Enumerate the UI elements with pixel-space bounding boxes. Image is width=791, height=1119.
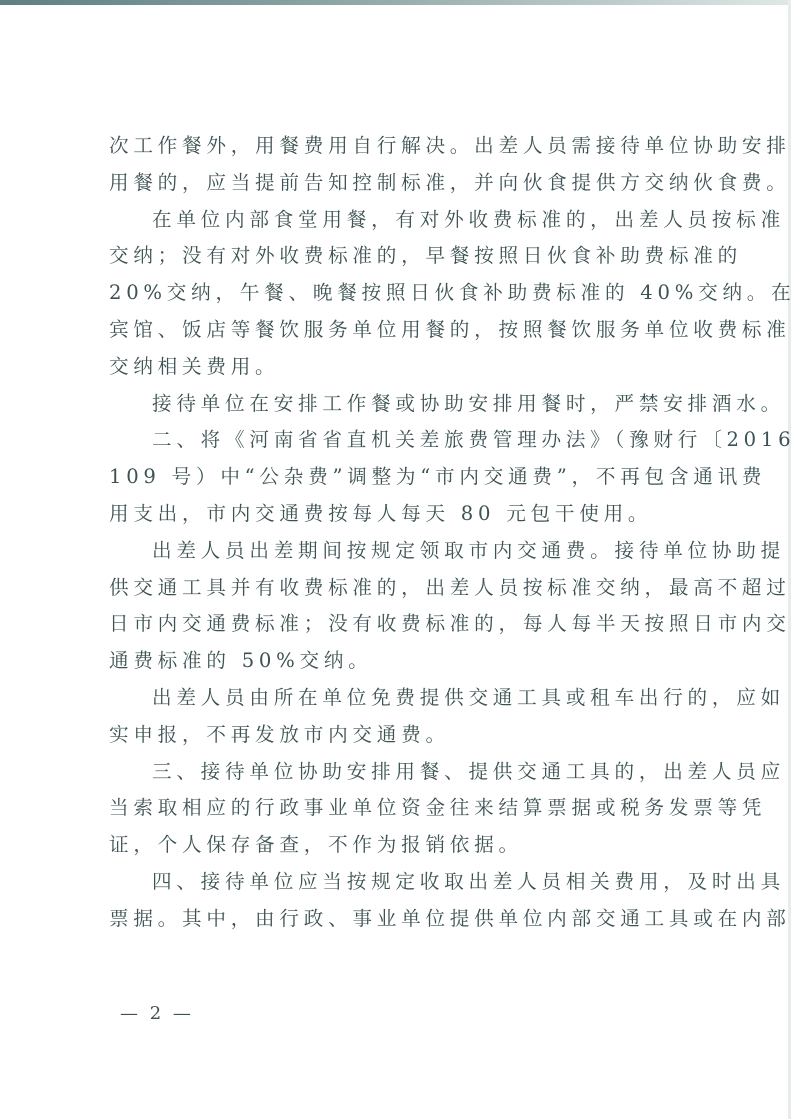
text-line: 出差人员由所在单位免费提供交通工具或租车出行的，应如 bbox=[109, 680, 691, 717]
text-line: 日市内交通费标准；没有收费标准的，每人每半天按照日市内交 bbox=[109, 606, 691, 643]
scan-top-edge bbox=[0, 0, 791, 5]
text-line: 次工作餐外，用餐费用自行解决。出差人员需接待单位协助安排 bbox=[109, 128, 691, 165]
text-line: 出差人员出差期间按规定领取市内交通费。接待单位协助提 bbox=[109, 533, 691, 570]
text-line: 在单位内部食堂用餐，有对外收费标准的，出差人员按标准 bbox=[109, 202, 691, 239]
text-line: 实申报，不再发放市内交通费。 bbox=[109, 717, 691, 754]
text-line: 宾馆、饭店等餐饮服务单位用餐的，按照餐饮服务单位收费标准 bbox=[109, 312, 691, 349]
text-line: 二、将《河南省省直机关差旅费管理办法》（豫财行〔2016〕 bbox=[109, 422, 691, 459]
text-line: 20%交纳，午餐、晚餐按照日伙食补助费标准的 40%交纳。在 bbox=[109, 275, 691, 312]
text-line: 接待单位在安排工作餐或协助安排用餐时，严禁安排酒水。 bbox=[109, 386, 691, 423]
text-line: 用餐的，应当提前告知控制标准，并向伙食提供方交纳伙食费。 bbox=[109, 165, 691, 202]
text-line: 用支出，市内交通费按每人每天 80 元包干使用。 bbox=[109, 496, 691, 533]
text-line: 证，个人保存备查，不作为报销依据。 bbox=[109, 827, 691, 864]
text-line: 交纳相关费用。 bbox=[109, 349, 691, 386]
text-line: 当索取相应的行政事业单位资金往来结算票据或税务发票等凭 bbox=[109, 790, 691, 827]
text-line: 109 号）中“公杂费”调整为“市内交通费”，不再包含通讯费 bbox=[109, 459, 691, 496]
text-line: 通费标准的 50%交纳。 bbox=[109, 643, 691, 680]
page-number: — 2 — bbox=[120, 1003, 194, 1024]
text-line: 四、接待单位应当按规定收取出差人员相关费用，及时出具 bbox=[109, 864, 691, 901]
text-line: 三、接待单位协助安排用餐、提供交通工具的，出差人员应 bbox=[109, 754, 691, 791]
text-line: 票据。其中，由行政、事业单位提供单位内部交通工具或在内部 bbox=[109, 901, 691, 938]
text-line: 供交通工具并有收费标准的，出差人员按标准交纳，最高不超过 bbox=[109, 570, 691, 607]
text-line: 交纳；没有对外收费标准的，早餐按照日伙食补助费标准的 bbox=[109, 238, 691, 275]
document-body: 次工作餐外，用餐费用自行解决。出差人员需接待单位协助安排 用餐的，应当提前告知控… bbox=[109, 128, 691, 938]
